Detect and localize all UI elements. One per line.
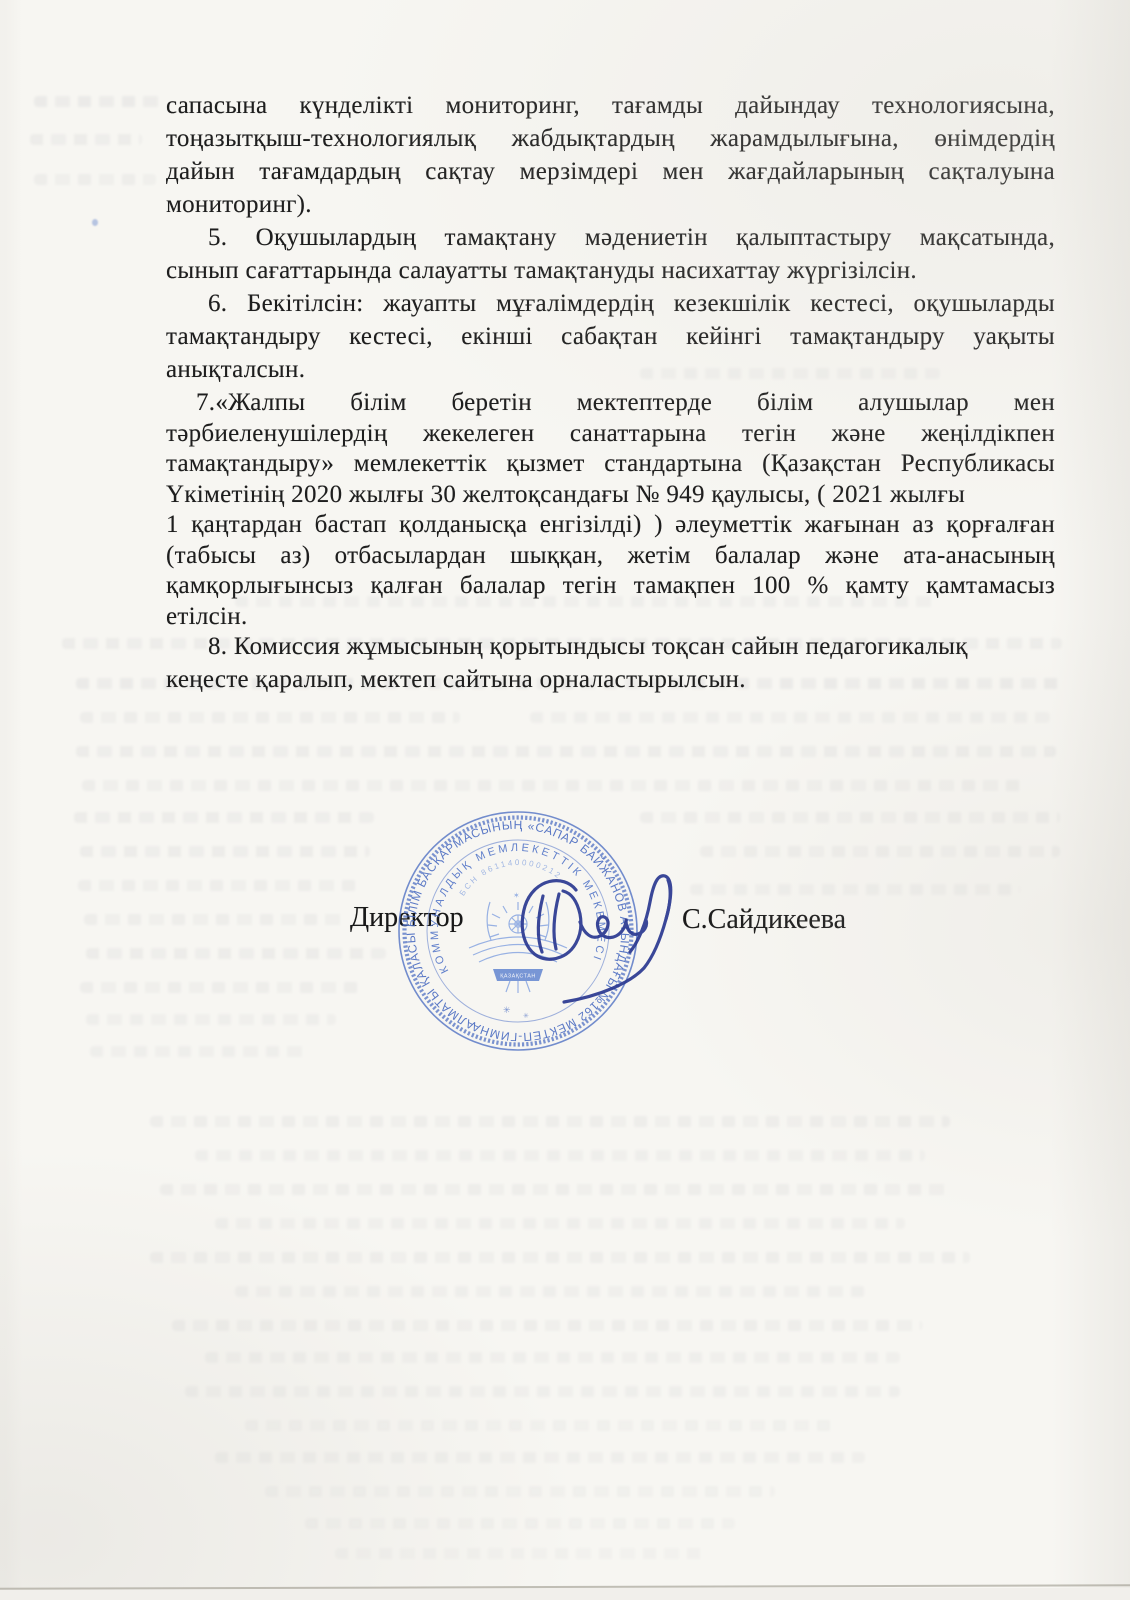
ghost-text-line (150, 1252, 970, 1263)
paragraph: 6. Бекітілсін: жауапты мұғалімдердің кез… (166, 290, 1055, 389)
text-line: етілсін. (166, 603, 1055, 634)
ghost-text-line (640, 812, 1060, 823)
ghost-text-line (245, 1420, 835, 1431)
ghost-text-line (215, 1452, 865, 1463)
text-line: (табысы аз) отбасылардан шыққан, жетім б… (166, 542, 1055, 573)
ghost-text-line (80, 846, 370, 857)
text-line: қамқорлығынсыз қалған балалар тегін тама… (166, 572, 1055, 603)
ghost-text-line (335, 1548, 705, 1559)
text-line: мониторинг). (166, 191, 1055, 224)
ghost-text-line (185, 1386, 900, 1397)
text-line: сынып сағаттарында салауатты тамақтануды… (166, 257, 1055, 290)
ghost-text-line (84, 914, 344, 925)
ghost-text-line (34, 174, 156, 185)
page-scan: сапасына күнделікті мониторинг, тағамды … (0, 0, 1130, 1600)
ghost-text-line (74, 812, 374, 823)
ghost-text-line (150, 1116, 950, 1127)
text-line: 6. Бекітілсін: жауапты мұғалімдердің кез… (166, 290, 1055, 323)
ghost-text-line (195, 1150, 925, 1161)
ghost-text-line (80, 712, 460, 723)
ghost-text-line (86, 948, 386, 959)
text-line: Үкіметінің 2020 жылғы 30 желтоқсандағы №… (166, 481, 1055, 512)
text-line: тамақтандыру кестесі, екінші сабақтан ке… (166, 323, 1055, 356)
ghost-text-line (235, 1286, 865, 1297)
text-line: 8. Комиссия жұмысының қорытындысы тоқсан… (166, 633, 1055, 666)
page-edge-shadow (0, 1588, 1130, 1600)
ghost-text-line (76, 746, 1056, 757)
ghost-text-line (205, 1352, 900, 1363)
text-line: анықталсын. (166, 356, 1055, 389)
ghost-text-line (700, 846, 1060, 857)
signature-ink (480, 830, 720, 1030)
text-line: 5. Оқушылардың тамақтану мәдениетін қалы… (166, 224, 1055, 257)
ghost-text-line (160, 1184, 950, 1195)
paragraph: 8. Комиссия жұмысының қорытындысы тоқсан… (166, 633, 1055, 699)
ghost-text-line (82, 780, 1027, 791)
ghost-text-line (30, 134, 142, 145)
text-line: кеңесте қаралып, мектеп сайтына орналаст… (166, 666, 1055, 699)
ghost-text-line (305, 1518, 735, 1529)
text-line: тоңазытқыш-технологиялық жабдықтардың жа… (166, 125, 1055, 158)
ghost-text-line (265, 1486, 775, 1497)
ghost-text-line (34, 96, 164, 107)
text-line: тәрбиеленушілердің жекелеген санаттарына… (166, 420, 1055, 451)
ghost-text-line (78, 880, 358, 891)
ghost-text-line (90, 1046, 310, 1057)
paragraph: сапасына күнделікті мониторинг, тағамды … (166, 92, 1055, 224)
text-line: дайын тағамдардың сақтау мерзімдері мен … (166, 158, 1055, 191)
paragraph: 5. Оқушылардың тамақтану мәдениетін қалы… (166, 224, 1055, 290)
ghost-text-line (172, 1320, 922, 1331)
ghost-text-line (86, 1014, 336, 1025)
ink-speck (92, 219, 98, 226)
text-line: 1 қаңтардан бастап қолданысқа енгізілді)… (166, 511, 1055, 542)
text-line: 7.«Жалпы білім беретін мектептерде білім… (166, 389, 1055, 420)
ghost-text-line (80, 982, 360, 993)
ghost-text-line (215, 1218, 905, 1229)
ghost-text-line (690, 884, 1020, 895)
document-body: сапасына күнделікті мониторинг, тағамды … (166, 92, 1055, 699)
text-line: сапасына күнделікті мониторинг, тағамды … (166, 92, 1055, 125)
ghost-text-line (530, 712, 1050, 723)
paragraph: 7.«Жалпы білім беретін мектептерде білім… (166, 389, 1055, 633)
text-line: тамақтандыру» мемлекеттік қызмет стандар… (166, 450, 1055, 481)
